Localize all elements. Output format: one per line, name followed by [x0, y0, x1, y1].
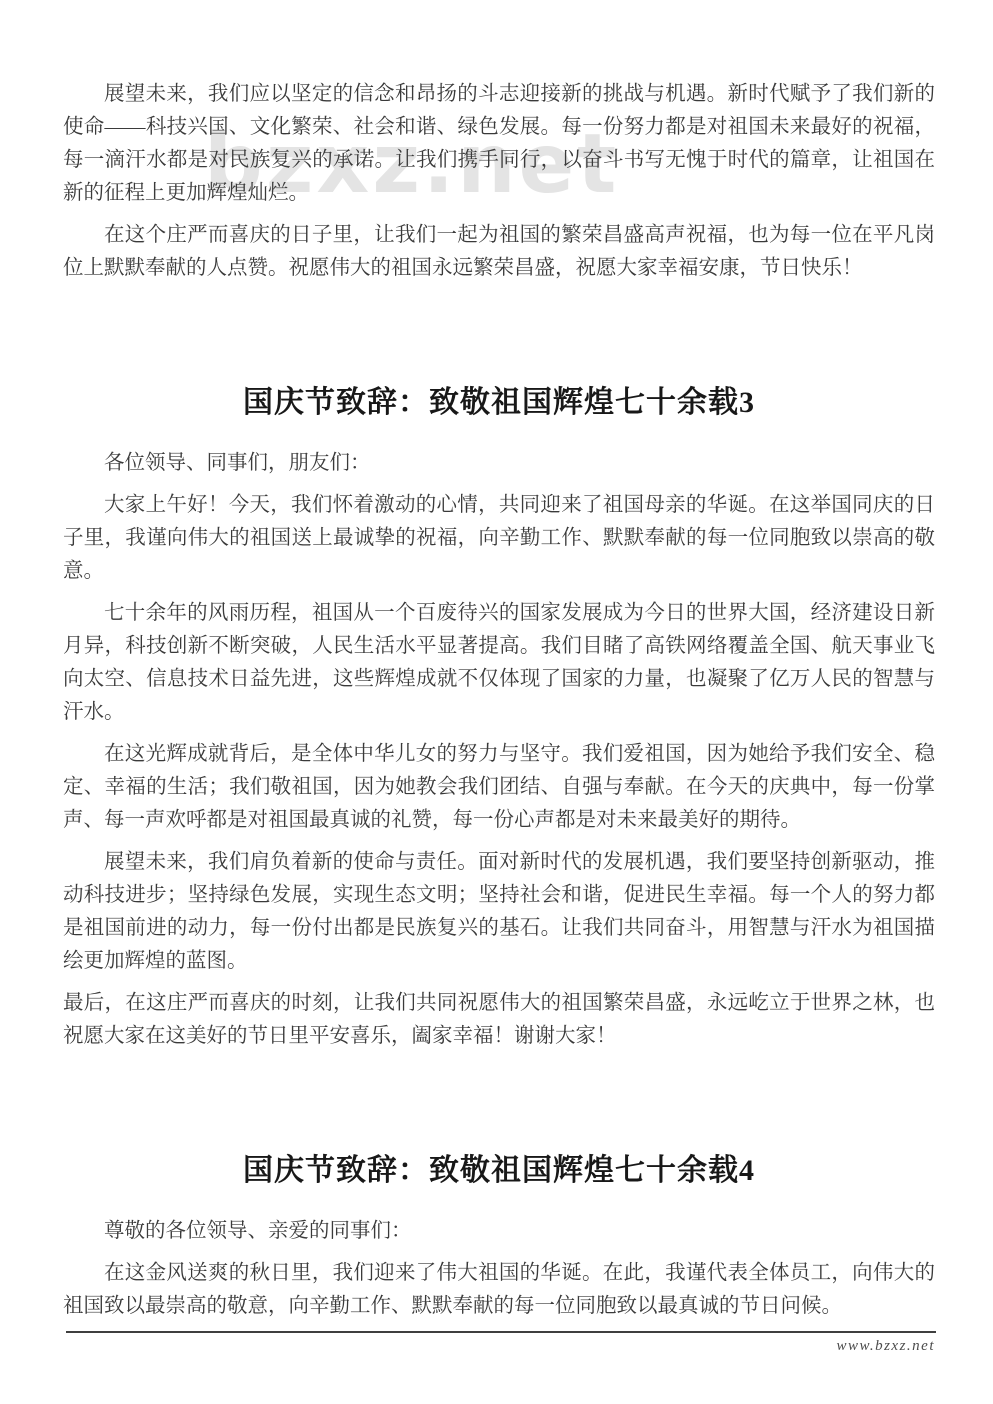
paragraph-closing-wishes: 最后，在这庄严而喜庆的时刻，让我们共同祝愿伟大的祖国繁荣昌盛，永远屹立于世界之林…: [63, 987, 935, 1053]
paragraph-future-mission: 展望未来，我们肩负着新的使命与责任。面对新时代的发展机遇，我们要坚持创新驱动，推…: [63, 846, 935, 978]
paragraph-outlook-future: 展望未来，我们应以坚定的信念和昂扬的斗志迎接新的挑战与机遇。新时代赋予了我们新的…: [63, 78, 935, 210]
paragraph-autumn-greeting: 在这金风送爽的秋日里，我们迎来了伟大祖国的华诞。在此，我谨代表全体员工，向伟大的…: [63, 1257, 935, 1323]
paragraph-good-morning: 大家上午好！今天，我们怀着激动的心情，共同迎来了祖国母亲的华诞。在这举国同庆的日…: [63, 489, 935, 588]
footer-site-url: www.bzxz.net: [836, 1338, 935, 1355]
paragraph-salutation-3: 各位领导、同事们，朋友们：: [63, 447, 935, 480]
paragraph-behind-achievements: 在这光辉成就背后，是全体中华儿女的努力与坚守。我们爱祖国，因为她给予我们安全、稳…: [63, 738, 935, 837]
section-heading-speech-3: 国庆节致辞：致敬祖国辉煌七十余载3: [63, 381, 935, 425]
paragraph-seventy-years-journey: 七十余年的风雨历程，祖国从一个百废待兴的国家发展成为今日的世界大国，经济建设日新…: [63, 597, 935, 729]
paragraph-salutation-4: 尊敬的各位领导、亲爱的同事们：: [63, 1215, 935, 1248]
document-page: bzxz.net 展望未来，我们应以坚定的信念和昂扬的斗志迎接新的挑战与机遇。新…: [0, 0, 993, 1404]
section-heading-speech-4: 国庆节致辞：致敬祖国辉煌七十余载4: [63, 1149, 935, 1193]
footer-divider: [66, 1331, 936, 1333]
paragraph-solemn-day-blessing: 在这个庄严而喜庆的日子里，让我们一起为祖国的繁荣昌盛高声祝福，也为每一位在平凡岗…: [63, 219, 935, 285]
document-content: 展望未来，我们应以坚定的信念和昂扬的斗志迎接新的挑战与机遇。新时代赋予了我们新的…: [63, 78, 935, 1332]
